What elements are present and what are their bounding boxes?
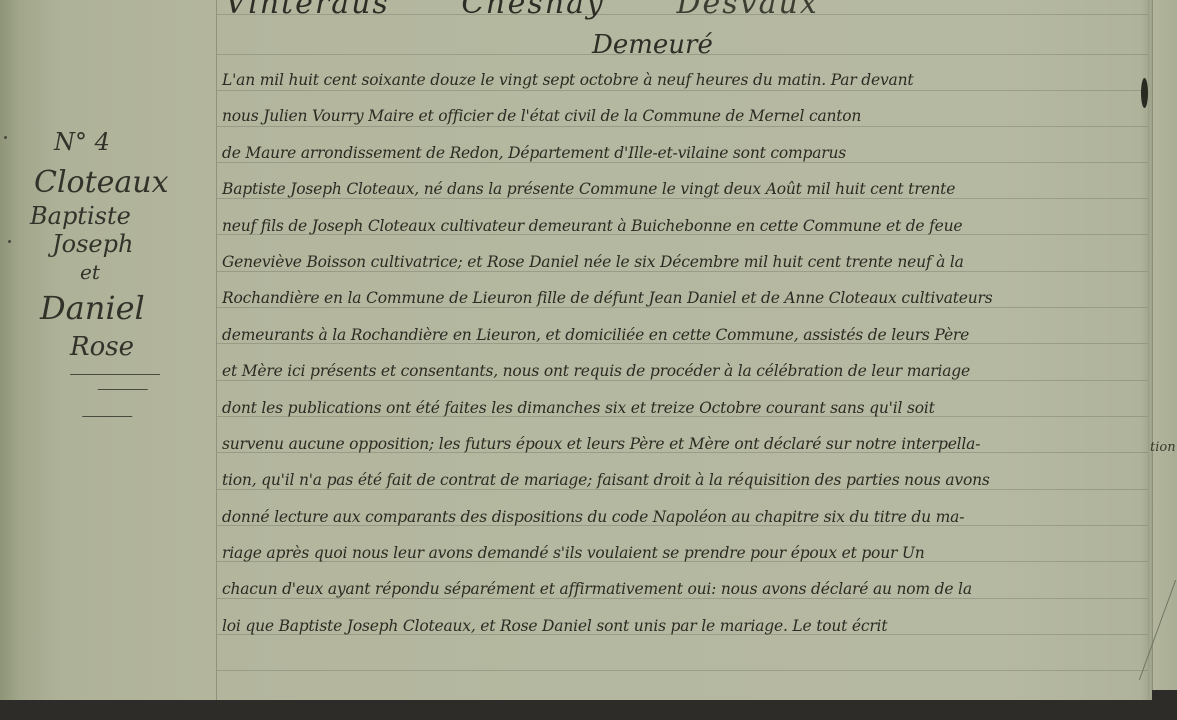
- body-line: chacun d'eux ayant répondu séparément et…: [222, 571, 1150, 607]
- groom-surname: Cloteaux: [34, 168, 210, 198]
- body-line: dont les publications ont été faites les…: [222, 390, 1150, 426]
- right-margin-annotation: tion: [1150, 440, 1176, 455]
- flourish-mark: [70, 374, 160, 425]
- register-page: Vinteraus Chesnay Desvaux Demeuré N° 4 C…: [0, 0, 1152, 700]
- header-word: Vinteraus: [225, 0, 390, 21]
- body-line: Geneviève Boisson cultivatrice; et Rose …: [222, 244, 1150, 280]
- adjacent-page-edge: [1152, 0, 1177, 690]
- header-fragment: Vinteraus Chesnay Desvaux: [225, 0, 879, 21]
- bride-given-name: Rose: [70, 334, 210, 360]
- ink-spot: [8, 240, 11, 243]
- body-line: donné lecture aux comparants des disposi…: [222, 499, 1150, 535]
- body-line: nous Julien Vourry Maire et officier de …: [222, 98, 1150, 134]
- body-line: tion, qu'il n'a pas été fait de contrat …: [222, 462, 1150, 498]
- body-line: Rochandière en la Commune de Lieuron fil…: [222, 280, 1150, 316]
- body-line: riage après quoi nous leur avons demandé…: [222, 535, 1150, 571]
- body-line: loi que Baptiste Joseph Cloteaux, et Ros…: [222, 608, 1150, 644]
- bride-surname: Daniel: [40, 292, 210, 324]
- margin-note: N° 4 Cloteaux Baptiste Joseph et Daniel …: [30, 130, 210, 425]
- record-body: L'an mil huit cent soixante douze le vin…: [222, 62, 1150, 644]
- ink-spot: [4, 136, 7, 139]
- body-line: de Maure arrondissement de Redon, Départ…: [222, 135, 1150, 171]
- conjunction: et: [80, 262, 210, 282]
- body-line: survenu aucune opposition; les futurs ép…: [222, 426, 1150, 462]
- body-line: Baptiste Joseph Cloteaux, né dans la pré…: [222, 171, 1150, 207]
- header-word: Chesnay: [461, 0, 605, 21]
- groom-given-name-1: Baptiste: [30, 204, 210, 228]
- ruled-line: [217, 670, 1148, 671]
- groom-given-name-2: Joseph: [52, 232, 210, 256]
- body-line: L'an mil huit cent soixante douze le vin…: [222, 62, 1150, 98]
- body-line: et Mère ici présents et consentants, nou…: [222, 353, 1150, 389]
- body-line: neuf fils de Joseph Cloteaux cultivateur…: [222, 208, 1150, 244]
- header-word: Desvaux: [677, 0, 819, 21]
- record-number: N° 4: [54, 130, 210, 154]
- margin-rule: [216, 0, 217, 700]
- record-heading: Demeuré: [592, 30, 713, 60]
- body-line: demeurants à la Rochandière en Lieuron, …: [222, 317, 1150, 353]
